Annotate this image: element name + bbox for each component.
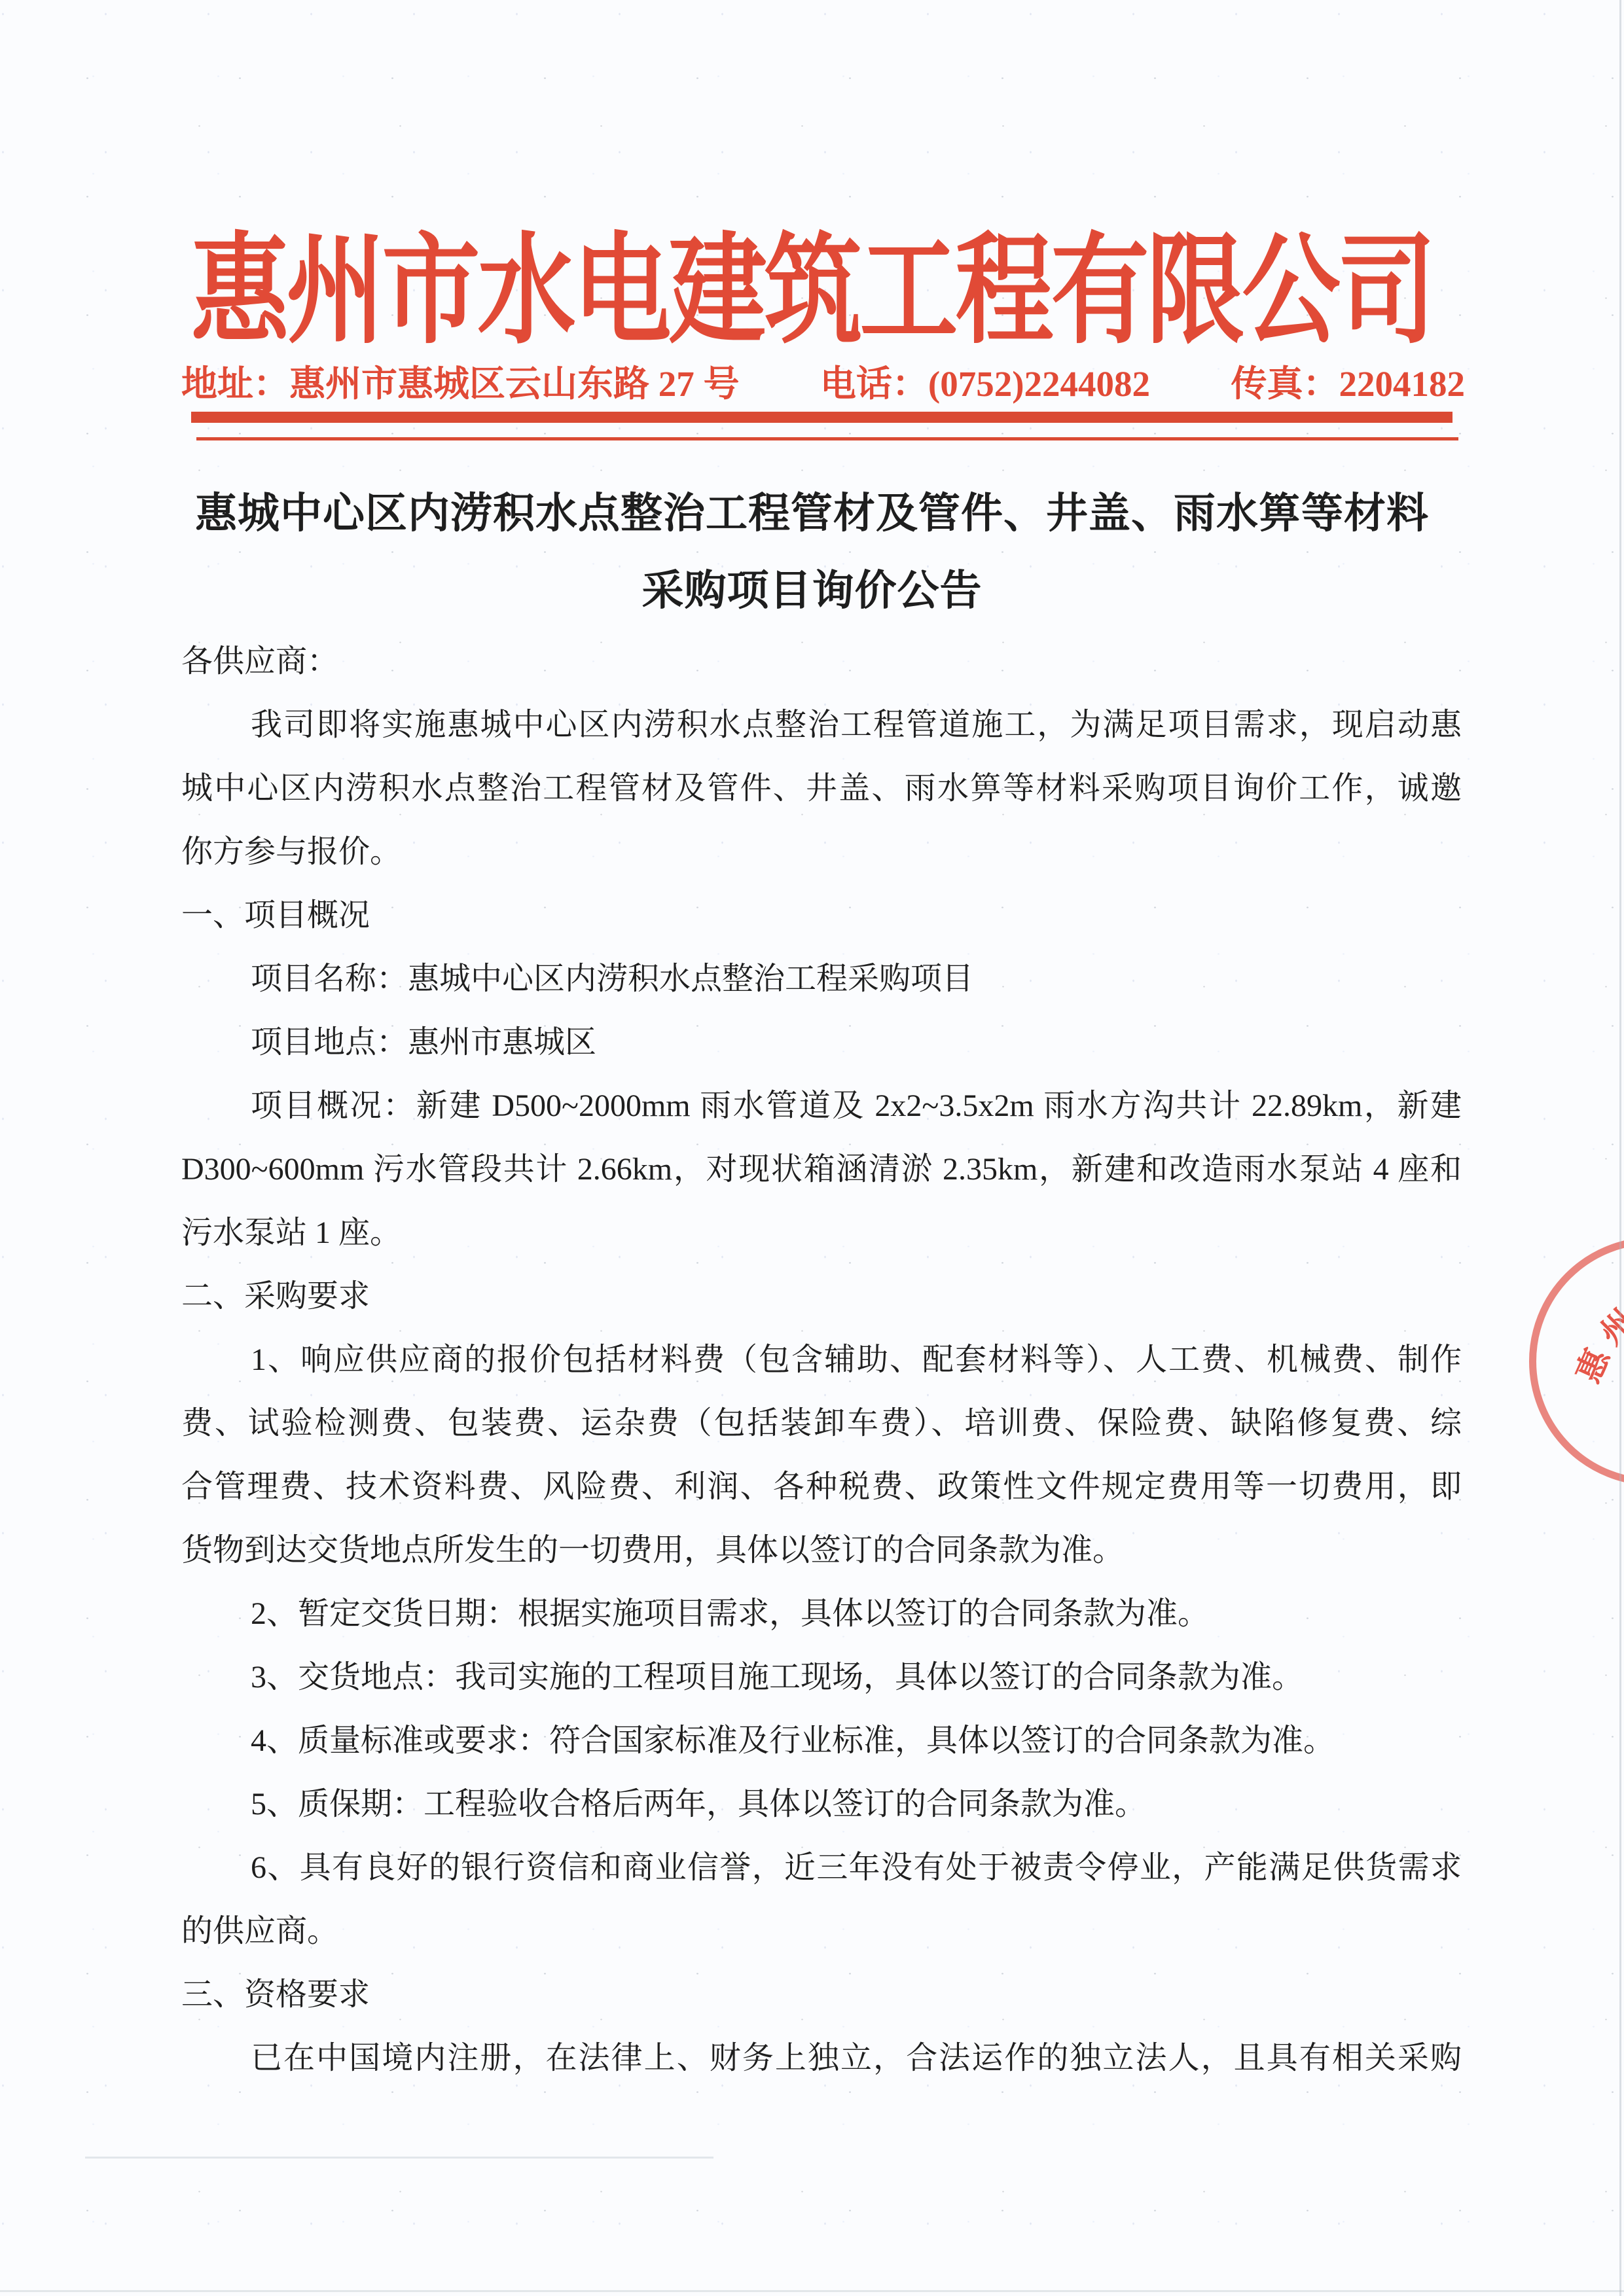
body-line: 你方参与报价。 [181, 820, 1462, 884]
body-line: 6、具有良好的银行资信和商业信誉，近三年没有处于被责令停业，产能满足供货需求 [181, 1836, 1462, 1899]
letterhead-divider-thick [191, 412, 1453, 423]
document-body: 各供应商：我司即将实施惠城中心区内涝积水点整治工程管道施工，为满足项目需求，现启… [181, 630, 1462, 2090]
body-line: 我司即将实施惠城中心区内涝积水点整治工程管道施工，为满足项目需求，现启动惠 [181, 693, 1462, 757]
document-title-line-2: 采购项目询价公告 [0, 557, 1624, 617]
body-line: 项目地点：惠州市惠城区 [181, 1011, 1462, 1074]
body-line: 的供应商。 [181, 1899, 1462, 1963]
body-line: 一、项目概况 [181, 884, 1462, 947]
body-line: 城中心区内涝积水点整治工程管材及管件、井盖、雨水箅等材料采购项目询价工作，诚邀 [181, 757, 1462, 820]
company-fax-text: 传真：2204182 [1231, 355, 1465, 406]
body-line: 污水泵站 1 座。 [181, 1201, 1462, 1265]
body-line: 二、采购要求 [181, 1265, 1462, 1328]
body-line: 3、交货地点：我司实施的工程项目施工现场，具体以签订的合同条款为准。 [181, 1645, 1462, 1709]
body-line: 已在中国境内注册，在法律上、财务上独立，合法运作的独立法人，且具有相关采购 [181, 2026, 1462, 2090]
stamp-character: 惠 [1562, 1340, 1619, 1390]
header-contact-row: 地址：惠州市惠城区云山东路 27 号 电话：(0752)2244082 传真：2… [181, 355, 1465, 406]
body-line: 4、质量标准或要求：符合国家标准及行业标准，具体以签订的合同条款为准。 [181, 1709, 1462, 1772]
body-line: D300~600mm 污水管段共计 2.66km，对现状箱涵清淤 2.35km，… [181, 1138, 1462, 1201]
body-line: 1、响应供应商的报价包括材料费（包含辅助、配套材料等）、人工费、机械费、制作 [181, 1328, 1462, 1391]
body-line: 项目名称：惠城中心区内涝积水点整治工程采购项目 [181, 947, 1462, 1011]
company-phone-text: 电话：(0752)2244082 [820, 355, 1150, 406]
company-seal-stamp: 惠 州 市 [1529, 1237, 1624, 1486]
scan-edge-bottom [0, 2290, 1624, 2292]
body-line: 三、资格要求 [181, 1963, 1462, 2026]
stamp-character: 州 [1587, 1297, 1624, 1354]
body-line: 合管理费、技术资料费、风险费、利润、各种税费、政策性文件规定费用等一切费用，即 [181, 1455, 1462, 1518]
document-title-line-1: 惠城中心区内涝积水点整治工程管材及管件、井盖、雨水箅等材料 [0, 480, 1624, 540]
body-line: 项目概况：新建 D500~2000mm 雨水管道及 2x2~3.5x2m 雨水方… [181, 1074, 1462, 1138]
letterhead-divider-thin [196, 437, 1458, 440]
body-line: 货物到达交货地点所发生的一切费用，具体以签订的合同条款为准。 [181, 1518, 1462, 1582]
scan-artifact-line [85, 2157, 713, 2159]
body-line: 2、暂定交货日期：根据实施项目需求，具体以签订的合同条款为准。 [181, 1582, 1462, 1645]
company-name-heading: 惠州市水电建筑工程有限公司 [0, 194, 1624, 367]
body-line: 各供应商： [181, 630, 1462, 693]
scan-edge-right [1619, 0, 1621, 2296]
body-line: 5、质保期：工程验收合格后两年，具体以签订的合同条款为准。 [181, 1772, 1462, 1836]
company-address-text: 地址：惠州市惠城区云山东路 27 号 [181, 355, 740, 406]
body-line: 费、试验检测费、包装费、运杂费（包括装卸车费）、培训费、保险费、缺陷修复费、综 [181, 1391, 1462, 1455]
scanned-document-page: 惠州市水电建筑工程有限公司 地址：惠州市惠城区云山东路 27 号 电话：(075… [0, 0, 1624, 2296]
